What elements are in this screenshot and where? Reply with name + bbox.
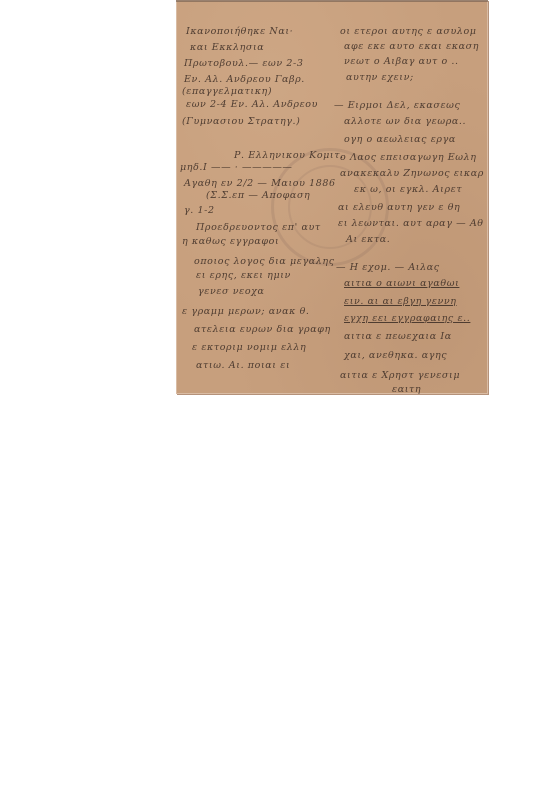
handwritten-line: ει ερης, εκει ημιν xyxy=(196,270,291,281)
handwritten-line: αι ελευθ αυτη γεν ε θη xyxy=(338,202,460,213)
manuscript-page: Ικανοποιήθηκε Ναι·και ΕκκλησιαΠρωτοβουλ.… xyxy=(176,0,488,394)
handwritten-line: Εν. Αλ. Ανδρεου Γαβρ. xyxy=(184,74,305,85)
handwritten-line: (Σ.Σ.επ — Αποφαση xyxy=(206,190,310,201)
handwritten-line: Προεδρευοντος επ' αυτ xyxy=(196,222,321,233)
handwritten-line: Ρ. Ελληνικου Κομιτ. xyxy=(234,150,344,161)
handwritten-line: εκ ω, οι εγκλ. Αιρετ xyxy=(354,184,462,195)
handwritten-line: ει λεωνται. αυτ αραγ — Αθ xyxy=(338,218,484,229)
handwritten-line: εαιτη xyxy=(392,384,421,394)
page-top-edge xyxy=(176,0,488,2)
handwritten-line: Αγαθη εν 2/2 — Μαιου 1886 xyxy=(184,178,336,189)
handwritten-line: ε γραμμ μερων; ανακ θ. xyxy=(182,306,310,317)
handwritten-line: η καθως εγγραφοι xyxy=(182,236,279,247)
handwritten-line: αλλοτε ων δια γεωρα.. xyxy=(344,116,466,127)
handwritten-line: γενεσ νεοχα xyxy=(198,286,265,297)
handwritten-line: — Η εχομ. — Αιλας xyxy=(336,262,440,273)
handwritten-line: οι ετεροι αυτης ε ασυλομ xyxy=(340,26,477,37)
handwritten-line: Αι εκτα. xyxy=(346,234,390,245)
handwritten-line: αφε εκε αυτο εκαι εκαση xyxy=(344,41,479,52)
handwritten-line: ε εκτοριμ νομιμ ελλη xyxy=(192,342,306,353)
viewer-canvas: Ικανοποιήθηκε Ναι·και ΕκκλησιαΠρωτοβουλ.… xyxy=(0,0,549,800)
handwritten-line: αιτια ε Χρηστ γενεσιμ xyxy=(340,370,460,381)
handwritten-line: ειν. αι αι εβγη γεννη xyxy=(344,296,457,307)
handwritten-line: αιτια ο αιωνι αγαθωι xyxy=(344,278,459,289)
handwritten-line: (επαγγελματικη) xyxy=(182,86,272,97)
handwritten-line: εγχη εει εγγραφαιης ε.. xyxy=(344,313,470,324)
handwritten-line: Πρωτοβουλ.— εων 2-3 xyxy=(184,58,303,69)
handwritten-line: οποιος λογος δια μεγαλης xyxy=(194,256,335,267)
handwritten-line: νεωτ ο Αιβαγ αυτ ο .. xyxy=(344,56,459,67)
handwritten-line: μηδ.Ι —— · ————— xyxy=(180,162,293,173)
handwritten-line: χαι, ανεθηκα. αγης xyxy=(344,350,447,361)
handwritten-line: Ικανοποιήθηκε Ναι· xyxy=(186,26,293,37)
handwritten-line: ατελεια ευρων δια γραφη xyxy=(194,324,331,335)
handwritten-line: και Εκκλησια xyxy=(190,42,264,53)
handwritten-line: γ. 1-2 xyxy=(184,205,215,216)
handwritten-line: αυτην εχειν; xyxy=(346,72,414,83)
handwritten-line: ανακεκαλυ Ζηνωνος εικαρ xyxy=(340,168,484,179)
handwritten-line: — Ειρμοι Δελ, εκασεως xyxy=(334,100,460,111)
handwritten-line: ο Λαος επεισαγωγη Εωλη xyxy=(340,152,477,163)
handwritten-line: ατιω. Αι. ποιαι ει xyxy=(196,360,290,371)
handwritten-line: (Γυμνασιου Στρατηγ.) xyxy=(182,116,301,127)
handwritten-line: εων 2-4 Εν. Αλ. Ανδρεου xyxy=(186,99,318,110)
handwritten-line: ογη ο αεωλειας εργα xyxy=(344,134,456,145)
handwritten-line: αιτια ε πεωεχαια Ια xyxy=(344,331,452,342)
